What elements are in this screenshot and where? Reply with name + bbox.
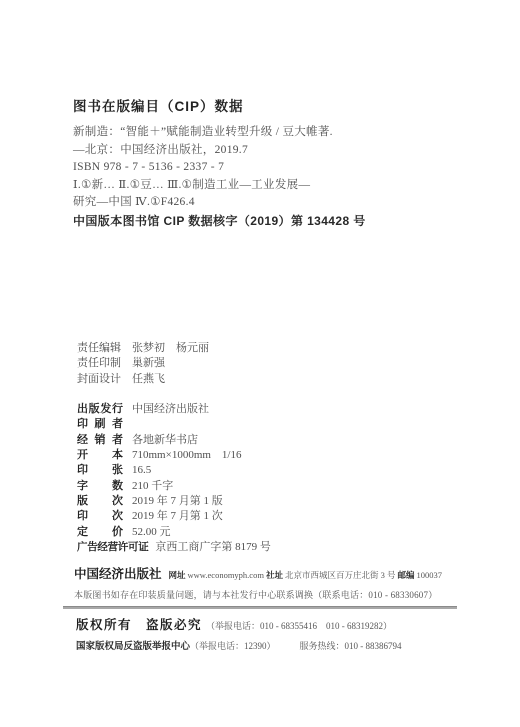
pub-row-sheets: 印张16.5: [77, 463, 271, 478]
zip-label: 邮编: [397, 570, 414, 580]
address-value: 北京市西城区百万庄北街 3 号: [285, 570, 396, 580]
staff-label: 封面设计: [77, 372, 123, 387]
staff-value: 任燕飞: [132, 373, 165, 385]
pub-label: 开本: [77, 448, 123, 463]
pub-label: 经销者: [77, 433, 123, 448]
book-copyright-page: 图书在版编目（CIP）数据 新制造：“智能＋”赋能制造业转型升级 / 豆大帷著.…: [0, 0, 520, 727]
imprint-footer: 中国经济出版社网址www.economyph.com社址北京市西城区百万庄北街 …: [63, 564, 457, 652]
pub-row-word-count: 字数210 千字: [77, 479, 271, 494]
report-center-phone: （举报电话：12390）: [190, 641, 276, 651]
ad-license-value: 京西工商广字第 8179 号: [155, 541, 271, 553]
copyright-statement: 版权所有 盗版必究: [76, 618, 202, 632]
pub-row-printer: 印刷者: [77, 417, 271, 432]
cip-title: 图书在版编目（CIP）数据: [73, 95, 465, 115]
pub-value: 2019 年 7 月第 1 次: [132, 510, 223, 522]
pub-label: 印张: [77, 463, 123, 478]
pub-row-publisher: 出版发行中国经济出版社: [77, 402, 271, 417]
publisher-name: 中国经济出版社: [74, 567, 162, 581]
pub-row-price: 定价52.00 元: [77, 525, 271, 540]
website-url: www.economyph.com: [188, 570, 264, 580]
pub-value: 2019 年 7 月第 1 版: [132, 495, 223, 507]
cip-book-title-line: 新制造：“智能＋”赋能制造业转型升级 / 豆大帷著.: [73, 124, 465, 142]
staff-block: 责任编辑张梦初 杨元丽 责任印制巢新强 封面设计任燕飞: [77, 341, 209, 387]
quality-notice: 本版图书如存在印装质量问题，请与本社发行中心联系调换（联系电话：010 - 68…: [63, 588, 457, 601]
pub-value: 16.5: [132, 464, 151, 476]
cip-classification-line-1: Ⅰ.①新… Ⅱ.①豆… Ⅲ.①制造工业—工业发展—: [73, 177, 465, 195]
copyright-report-phones: （举报电话：010 - 68355416 010 - 68319282）: [206, 621, 392, 631]
pub-value: 52.00 元: [132, 526, 171, 538]
cip-block: 图书在版编目（CIP）数据 新制造：“智能＋”赋能制造业转型升级 / 豆大帷著.…: [73, 95, 465, 230]
staff-row-printing: 责任印制巢新强: [77, 356, 209, 371]
pub-row-edition: 版次2019 年 7 月第 1 版: [77, 494, 271, 509]
cip-publisher-line: —北京：中国经济出版社，2019.7: [73, 142, 465, 160]
report-center-name: 国家版权局反盗版举报中心: [76, 641, 190, 652]
pub-row-impression: 印次2019 年 7 月第 1 次: [77, 509, 271, 524]
divider-rule: [63, 606, 457, 609]
cip-isbn-line: ISBN 978 - 7 - 5136 - 2337 - 7: [73, 159, 465, 177]
pub-label: 印次: [77, 509, 123, 524]
cip-record-number: 中国版本图书馆 CIP 数据核字（2019）第 134428 号: [73, 213, 465, 230]
pub-value: 中国经济出版社: [132, 403, 209, 415]
pub-value: 210 千字: [132, 480, 173, 492]
staff-value: 巢新强: [132, 357, 165, 369]
pub-row-ad-license: 广告经营许可证京西工商广字第 8179 号: [77, 540, 271, 555]
pub-label: 版次: [77, 494, 123, 509]
staff-label: 责任编辑: [77, 341, 123, 356]
cip-classification-line-2: 研究—中国 Ⅳ.①F426.4: [73, 194, 465, 212]
publisher-contact-line: 中国经济出版社网址www.economyph.com社址北京市西城区百万庄北街 …: [63, 564, 457, 583]
pub-label: 定价: [77, 525, 123, 540]
staff-label: 责任印制: [77, 356, 123, 371]
pub-label: 字数: [77, 479, 123, 494]
copyright-line: 版权所有 盗版必究（举报电话：010 - 68355416 010 - 6831…: [63, 615, 457, 634]
pub-value: 710mm×1000mm 1/16: [132, 449, 241, 461]
pub-value: 各地新华书店: [132, 434, 198, 446]
address-label: 社址: [266, 570, 283, 580]
service-hotline: 服务热线：010 - 88386794: [300, 641, 402, 651]
staff-value: 张梦初 杨元丽: [132, 342, 209, 354]
piracy-report-line: 国家版权局反盗版举报中心（举报电话：12390）服务热线：010 - 88386…: [63, 638, 457, 652]
ad-license-label: 广告经营许可证: [77, 541, 148, 553]
staff-row-cover-design: 封面设计任燕飞: [77, 372, 209, 387]
publication-info-block: 出版发行中国经济出版社 印刷者 经销者各地新华书店 开本710mm×1000mm…: [77, 402, 271, 555]
pub-row-distributor: 经销者各地新华书店: [77, 433, 271, 448]
zip-value: 100037: [416, 570, 442, 580]
website-label: 网址: [169, 570, 186, 580]
pub-label: 出版发行: [77, 402, 123, 417]
pub-row-format: 开本710mm×1000mm 1/16: [77, 448, 271, 463]
staff-row-editor: 责任编辑张梦初 杨元丽: [77, 341, 209, 356]
pub-label: 印刷者: [77, 417, 123, 432]
